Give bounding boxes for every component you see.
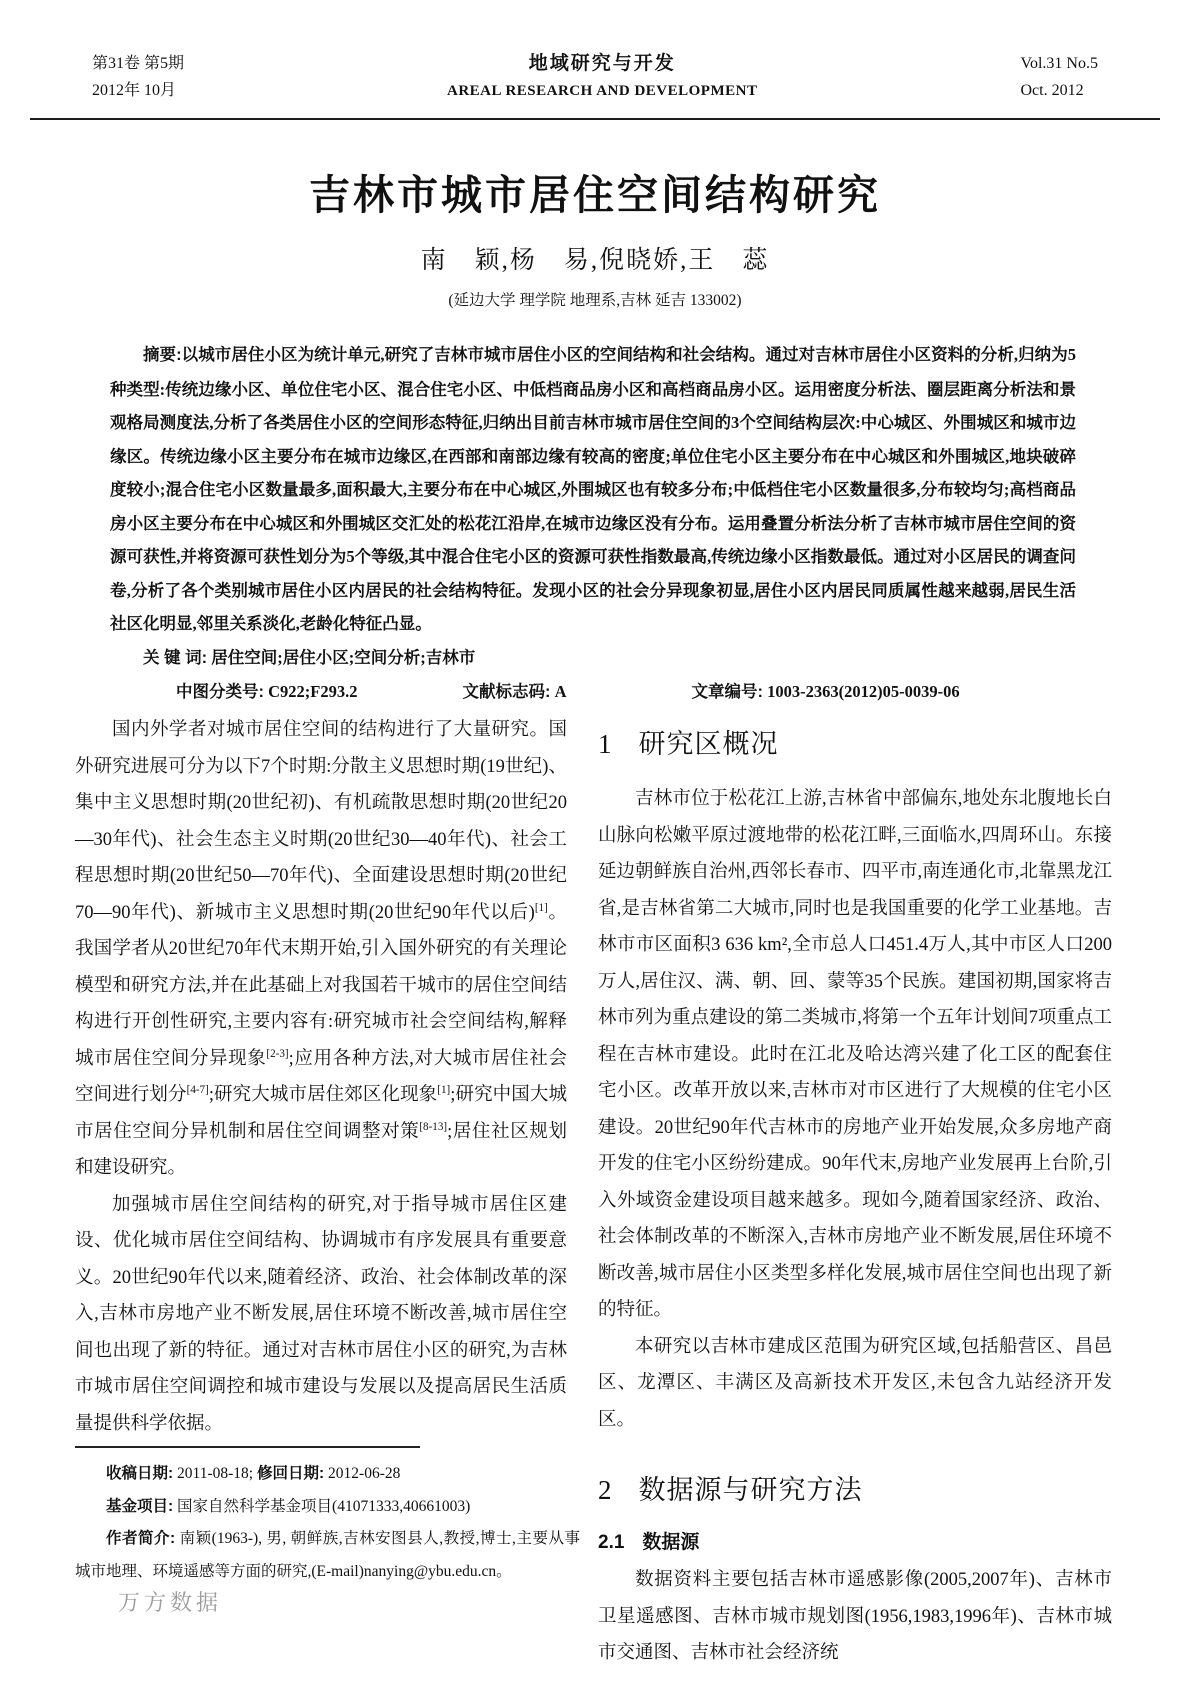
footnote-divider: [75, 1446, 420, 1448]
section-title: 研究区概况: [639, 729, 779, 759]
doc-code-value: A: [555, 682, 567, 701]
volume-issue-en: Vol.31 No.5: [1020, 50, 1098, 77]
clc-label: 中图分类号:: [176, 683, 264, 701]
section-number: 2: [598, 1475, 613, 1505]
body-paragraph: 加强城市居住空间结构的研究,对于指导城市居住区建设、优化城市居住空间结构、协调城…: [75, 1187, 567, 1443]
clc-segment: 中图分类号: C922;F293.2: [143, 675, 358, 710]
doc-code-label: 文献标志码:: [463, 683, 551, 701]
keywords-label: 关 键 词:: [143, 649, 207, 667]
body-paragraph: 本研究以吉林市建成区范围为研究区域,包括船营区、昌邑区、龙潭区、丰满区及高新技术…: [598, 1329, 1112, 1439]
section-title: 数据源与研究方法: [639, 1475, 863, 1505]
article-id-label: 文章编号:: [692, 683, 764, 701]
article-id-value: 1003-2363(2012)05-0039-06: [767, 682, 959, 701]
section-number: 1: [598, 729, 613, 759]
abstract-text: 以城市居住小区为统计单元,研究了吉林市城市居住小区的空间结构和社会结构。通过对吉…: [110, 345, 1076, 633]
header-divider: [30, 118, 1160, 120]
article-id-segment: 文章编号: 1003-2363(2012)05-0039-06: [659, 675, 960, 710]
left-column: 国内外学者对城市居住空间的结构进行了大量研究。国外研究进展可分为以下7个时期:分…: [75, 712, 567, 1442]
doc-code-segment: 文献标志码: A: [430, 675, 567, 710]
revised-date-label: 修回日期:: [257, 1465, 324, 1482]
revised-date-value: 2012-06-28: [324, 1465, 400, 1482]
fund-label: 基金项目:: [106, 1498, 173, 1515]
section-heading-1: 1研究区概况: [598, 722, 1112, 761]
journal-name-cn: 地域研究与开发: [447, 50, 757, 78]
classification-line: 中图分类号: C922;F293.2 文献标志码: A 文章编号: 1003-2…: [110, 675, 1076, 710]
article-title: 吉林市城市居住空间结构研究: [0, 162, 1190, 221]
clc-value: C922;F293.2: [268, 682, 357, 701]
footnote-block: 收稿日期: 2011-08-18; 修回日期: 2012-06-28 基金项目:…: [75, 1446, 580, 1588]
keywords-text: 居住空间;居住小区;空间分析;吉林市: [211, 648, 475, 667]
date-en: Oct. 2012: [1020, 77, 1098, 104]
section-heading-2: 2数据源与研究方法: [598, 1468, 1112, 1507]
body-paragraph: 数据资料主要包括吉林市遥感影像(2005,2007年)、吉林市卫星遥感图、吉林市…: [598, 1562, 1112, 1672]
abstract-label: 摘要:: [143, 346, 182, 364]
body-paragraph: 吉林市位于松花江上游,吉林省中部偏东,地处东北腹地长白山脉向松嫩平原过渡地带的松…: [598, 781, 1112, 1329]
footnote-fund: 基金项目: 国家自然科学基金项目(41071333,40661003): [75, 1491, 580, 1524]
received-date-label: 收稿日期:: [106, 1465, 173, 1482]
keywords-line: 关 键 词: 居住空间;居住小区;空间分析;吉林市: [110, 641, 1076, 676]
header-vol-en: Vol.31 No.5 Oct. 2012: [1020, 50, 1098, 104]
journal-header: 第31卷 第5期 2012年 10月 地域研究与开发 AREAL RESEARC…: [92, 50, 1098, 104]
journal-name: 地域研究与开发 AREAL RESEARCH AND DEVELOPMENT: [447, 50, 757, 104]
date-cn: 2012年 10月: [92, 77, 184, 104]
journal-name-en: AREAL RESEARCH AND DEVELOPMENT: [447, 78, 757, 104]
author-names: 南 颖,杨 易,倪晓娇,王 蕊: [0, 240, 1190, 276]
header-volume-issue: 第31卷 第5期 2012年 10月: [92, 50, 184, 104]
scanned-paper-page: 第31卷 第5期 2012年 10月 地域研究与开发 AREAL RESEARC…: [0, 0, 1190, 1683]
footnote-dates: 收稿日期: 2011-08-18; 修回日期: 2012-06-28: [75, 1458, 580, 1491]
author-affiliation: (延边大学 理学院 地理系,吉林 延吉 133002): [0, 288, 1190, 310]
abstract-block: 摘要:以城市居住小区为统计单元,研究了吉林市城市居住小区的空间结构和社会结构。通…: [110, 338, 1076, 710]
subsection-heading-2-1: 2.1数据源: [598, 1527, 1112, 1554]
right-column: 1研究区概况 吉林市位于松花江上游,吉林省中部偏东,地处东北腹地长白山脉向松嫩平…: [598, 712, 1112, 1672]
volume-issue-cn: 第31卷 第5期: [92, 50, 184, 77]
fund-value: 国家自然科学基金项目(41071333,40661003): [173, 1498, 470, 1515]
wanfang-watermark: 万方数据: [118, 1586, 222, 1617]
footnote-author-bio: 作者简介: 南颖(1963-), 男, 朝鲜族,吉林安图县人,教授,博士,主要从…: [75, 1523, 580, 1588]
author-bio-label: 作者简介:: [106, 1530, 175, 1547]
received-date-value: 2011-08-18;: [173, 1465, 257, 1482]
subsection-title: 数据源: [642, 1532, 699, 1553]
abstract-paragraph: 摘要:以城市居住小区为统计单元,研究了吉林市城市居住小区的空间结构和社会结构。通…: [110, 338, 1076, 641]
body-paragraph: 国内外学者对城市居住空间的结构进行了大量研究。国外研究进展可分为以下7个时期:分…: [75, 712, 567, 1187]
subsection-number: 2.1: [598, 1532, 624, 1553]
